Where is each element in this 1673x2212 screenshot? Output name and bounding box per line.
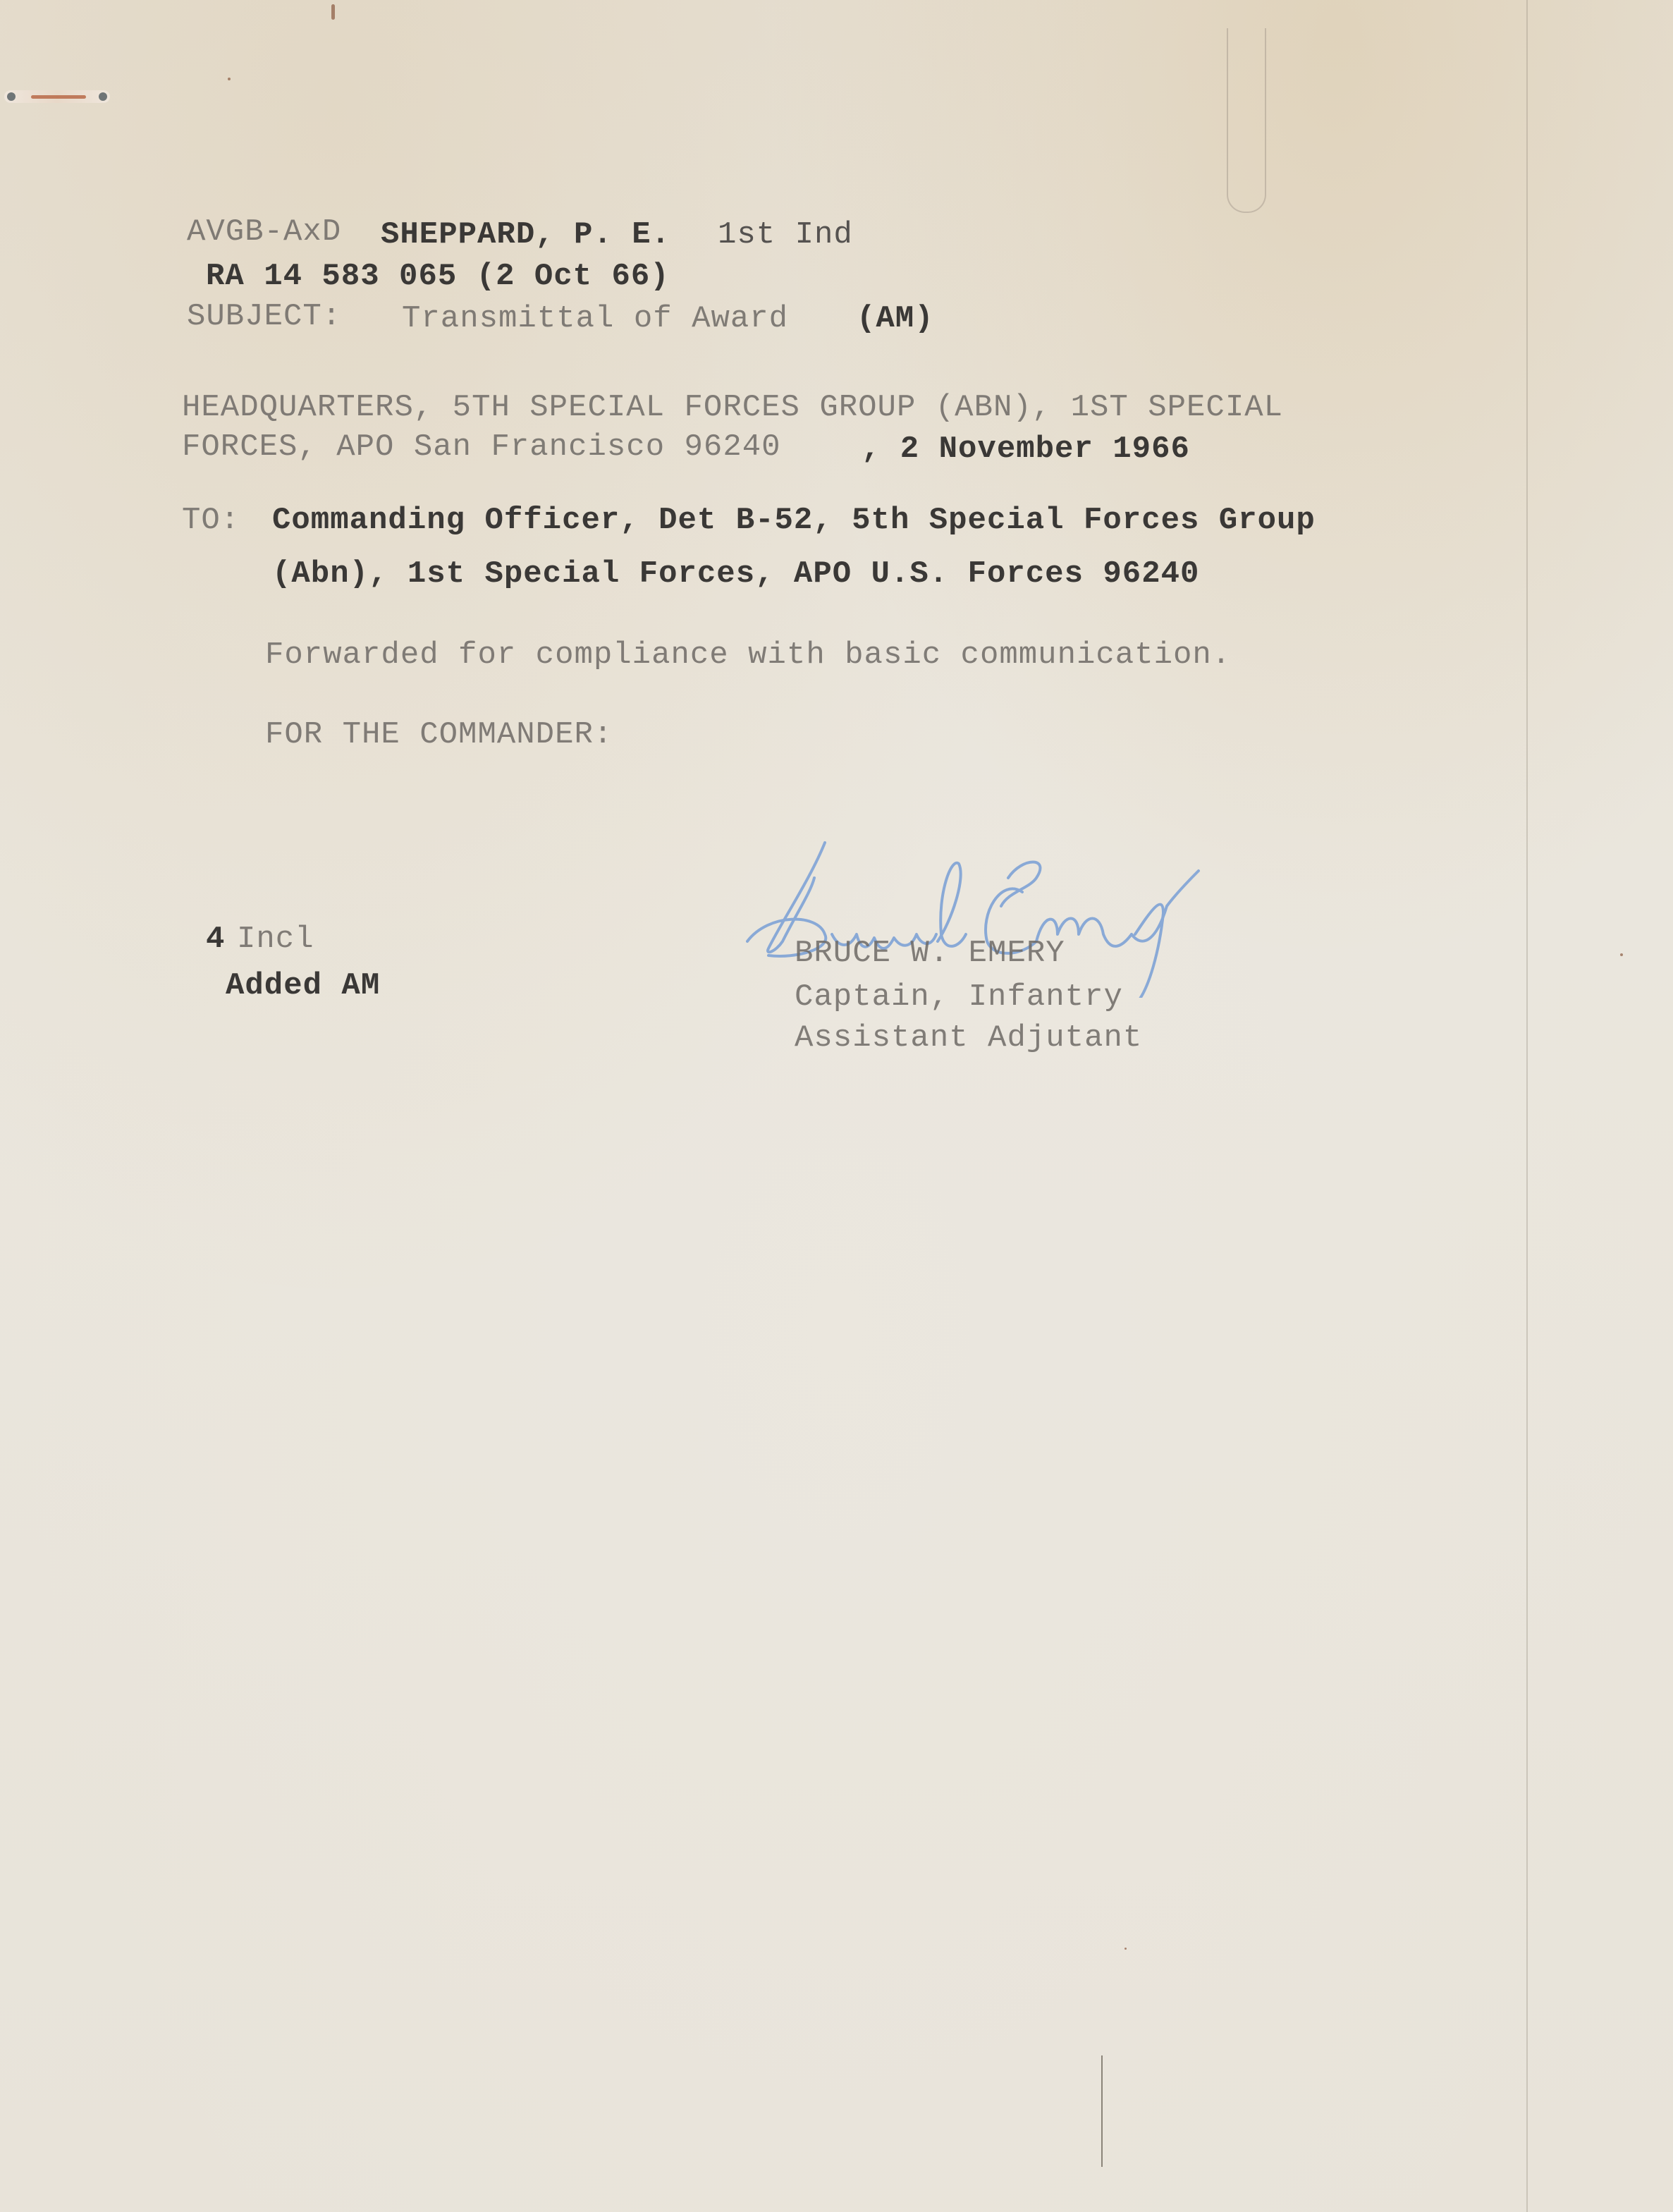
enclosure-label: Incl bbox=[237, 921, 314, 958]
staple-hole-right bbox=[99, 92, 107, 101]
service-number-line: RA 14 583 065 (2 Oct 66) bbox=[206, 258, 670, 295]
signer-name: BRUCE W. EMERY bbox=[795, 935, 1065, 972]
to-label: TO: bbox=[182, 502, 240, 539]
body-paragraph: Forwarded for compliance with basic comm… bbox=[265, 637, 1231, 673]
subject-name: SHEPPARD, P. E. bbox=[381, 216, 670, 253]
paperclip-impression bbox=[1227, 28, 1266, 213]
subject-label: SUBJECT: bbox=[187, 298, 341, 335]
enclosure-note: Added AM bbox=[226, 967, 380, 1004]
staple-hole-left bbox=[7, 92, 16, 101]
to-line2: (Abn), 1st Special Forces, APO U.S. Forc… bbox=[272, 556, 1199, 592]
from-headquarters-line1: HEADQUARTERS, 5TH SPECIAL FORCES GROUP (… bbox=[182, 389, 1283, 426]
ink-speck bbox=[331, 4, 335, 20]
ink-speck bbox=[1620, 953, 1623, 956]
handwritten-signature bbox=[726, 836, 1262, 998]
from-headquarters-line2: FORCES, APO San Francisco 96240 bbox=[182, 429, 781, 465]
complimentary-close: FOR THE COMMANDER: bbox=[265, 716, 613, 753]
signer-title: Assistant Adjutant bbox=[795, 1020, 1142, 1056]
ink-speck bbox=[228, 78, 231, 80]
subject-text: Transmittal of Award bbox=[402, 300, 788, 337]
staple-mark bbox=[4, 90, 110, 103]
subject-suffix: (AM) bbox=[857, 300, 934, 337]
rust-stain bbox=[31, 95, 86, 99]
enclosure-count: 4 bbox=[206, 921, 225, 958]
document-page: AVGB-AxD SHEPPARD, P. E. 1st Ind RA 14 5… bbox=[0, 0, 1673, 2212]
document-date: , 2 November 1966 bbox=[862, 431, 1190, 468]
ink-speck bbox=[1124, 1948, 1127, 1950]
office-symbol: AVGB-AxD bbox=[187, 214, 341, 250]
indorsement-number: 1st Ind bbox=[718, 216, 853, 253]
fold-crease bbox=[1526, 0, 1528, 2212]
to-line1: Commanding Officer, Det B-52, 5th Specia… bbox=[272, 502, 1316, 539]
signer-rank: Captain, Infantry bbox=[795, 979, 1123, 1015]
pencil-line-mark bbox=[1101, 2055, 1103, 2167]
